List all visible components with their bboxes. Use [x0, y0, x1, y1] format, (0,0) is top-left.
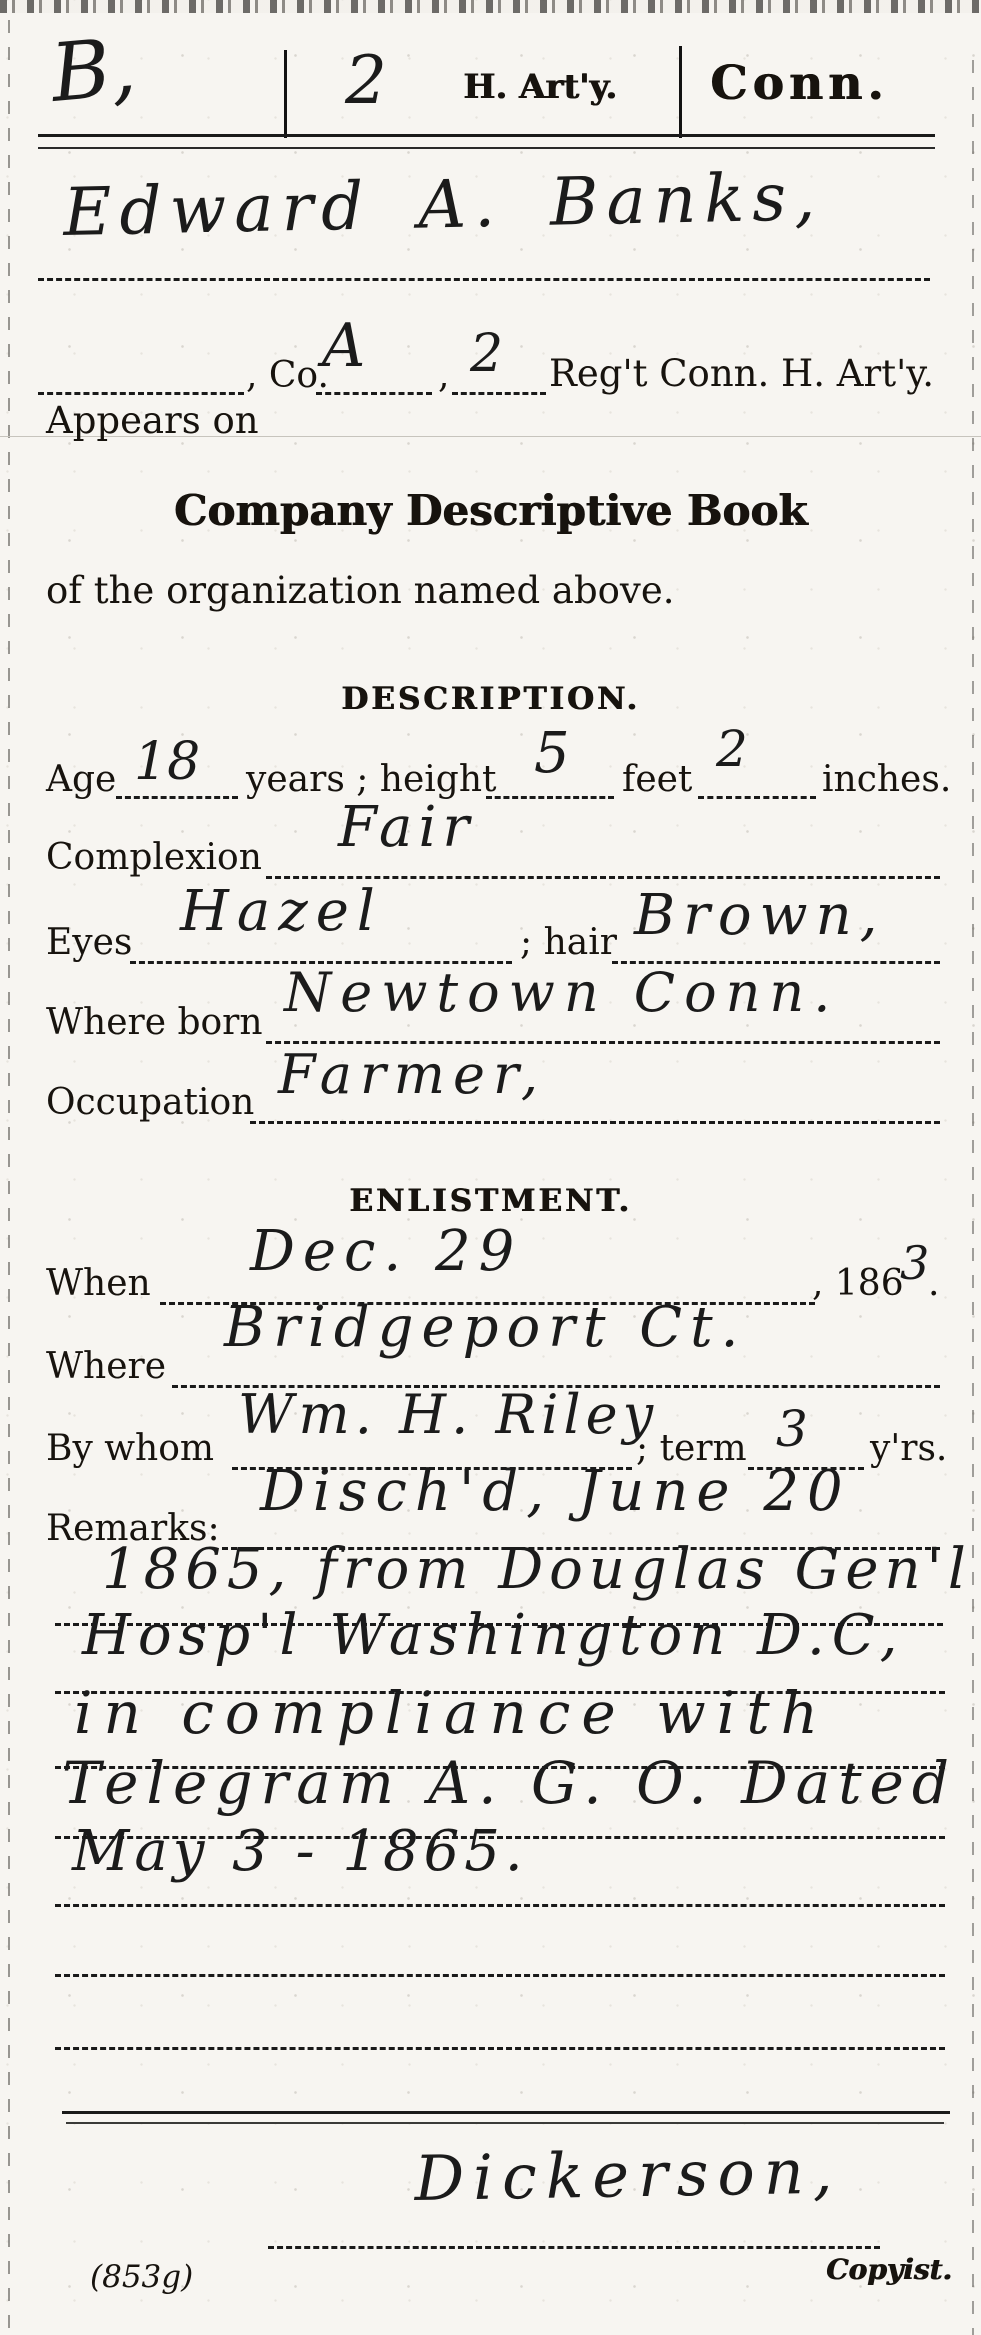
copyist-signature: Dickerson,	[414, 2141, 842, 2210]
where-label: Where	[46, 1349, 166, 1385]
regiment-number-handwritten: 2	[345, 48, 387, 114]
soldier-name: Edward A. Banks,	[63, 164, 824, 246]
header-rule-top	[38, 134, 935, 137]
scan-noise-top	[0, 0, 981, 13]
age-label: Age	[46, 762, 116, 798]
year-value-handwritten: 3	[900, 1240, 929, 1286]
occupation-label: Occupation	[46, 1085, 254, 1121]
when-value: Dec. 29	[250, 1224, 522, 1280]
inches-label: inches.	[822, 762, 951, 798]
born-value: Newtown Conn.	[284, 966, 839, 1020]
description-heading: DESCRIPTION.	[0, 684, 981, 715]
eyes-label: Eyes	[46, 925, 132, 961]
unit-type-label: H. Art'y.	[463, 70, 617, 104]
footer-rule-bottom	[66, 2122, 944, 2124]
company-letter-handwritten: B,	[48, 27, 139, 114]
header-divider-1	[284, 50, 287, 138]
header-rule-bottom	[38, 147, 935, 149]
regiment-value-handwritten: 2	[470, 328, 503, 380]
ruled-line-occupation	[250, 1121, 940, 1124]
term-value: 3	[776, 1404, 808, 1454]
state-label: Conn.	[710, 60, 888, 107]
remarks-line-5: May 3 - 1865.	[72, 1824, 528, 1880]
remarks-line-3: in compliance with	[74, 1684, 829, 1742]
copyist-label: Copyist.	[826, 2256, 952, 2284]
ruled-line-remarks-5	[55, 1904, 945, 1907]
height-feet-value: 5	[534, 726, 570, 782]
appears-on-label: Appears on	[46, 402, 259, 439]
ruled-line-unit-prefix	[38, 392, 244, 395]
complexion-label: Complexion	[46, 840, 262, 876]
ruled-line-feet	[486, 796, 614, 799]
occupation-value: Farmer,	[278, 1048, 546, 1102]
organization-note: of the organization named above.	[46, 572, 674, 609]
when-label: When	[46, 1266, 151, 1302]
where-value: Bridgeport Ct.	[224, 1300, 746, 1356]
co-value-handwritten: A	[322, 316, 365, 376]
height-inches-value: 2	[716, 724, 748, 774]
unit-line-comma: ,	[438, 358, 449, 394]
footer-rule-top	[62, 2111, 950, 2114]
age-value: 18	[134, 736, 200, 788]
ruled-line-name	[38, 278, 930, 281]
year-period: .	[928, 1266, 939, 1302]
ruled-line-signature	[268, 2246, 880, 2249]
remarks-line-2: Hosp'l Washington D.C,	[82, 1608, 904, 1664]
header-divider-2	[679, 46, 682, 138]
remarks-line-0: Disch'd, June 20	[260, 1464, 851, 1520]
record-card: B, 2 H. Art'y. Conn. Edward A. Banks, , …	[0, 0, 981, 2335]
year-prefix: , 186	[812, 1266, 904, 1302]
hair-label: ; hair	[520, 925, 617, 961]
by-whom-label: By whom	[46, 1431, 214, 1467]
scan-edge-left	[8, 20, 10, 2335]
book-title: Company Descriptive Book	[0, 490, 981, 532]
ruled-line-empty-1	[55, 1974, 945, 1977]
co-label: , Co.	[246, 358, 329, 394]
ruled-line-co-blank	[316, 392, 432, 395]
unit-line-suffix: Reg't Conn. H. Art'y.	[549, 355, 934, 392]
ruled-line-age	[116, 796, 238, 799]
ruled-line-empty-2	[55, 2047, 945, 2050]
age-suffix-label: years ; height	[246, 762, 497, 798]
by-whom-value: Wm. H. Riley	[238, 1388, 658, 1442]
form-number: (853g)	[90, 2262, 193, 2293]
term-unit-label: y'rs.	[870, 1431, 947, 1467]
remarks-line-1: 1865, from Douglas Gen'l	[102, 1542, 972, 1598]
born-label: Where born	[46, 1005, 263, 1041]
complexion-value: Fair	[338, 800, 475, 856]
ruled-line-regiment-blank	[452, 392, 546, 395]
hair-value: Brown,	[634, 888, 885, 944]
remarks-line-4: Telegram A. G. O. Dated	[62, 1754, 957, 1812]
enlistment-heading: ENLISTMENT.	[0, 1186, 981, 1217]
ruled-line-inches	[698, 796, 816, 799]
eyes-value: Hazel	[180, 884, 383, 940]
feet-label: feet	[622, 762, 692, 798]
